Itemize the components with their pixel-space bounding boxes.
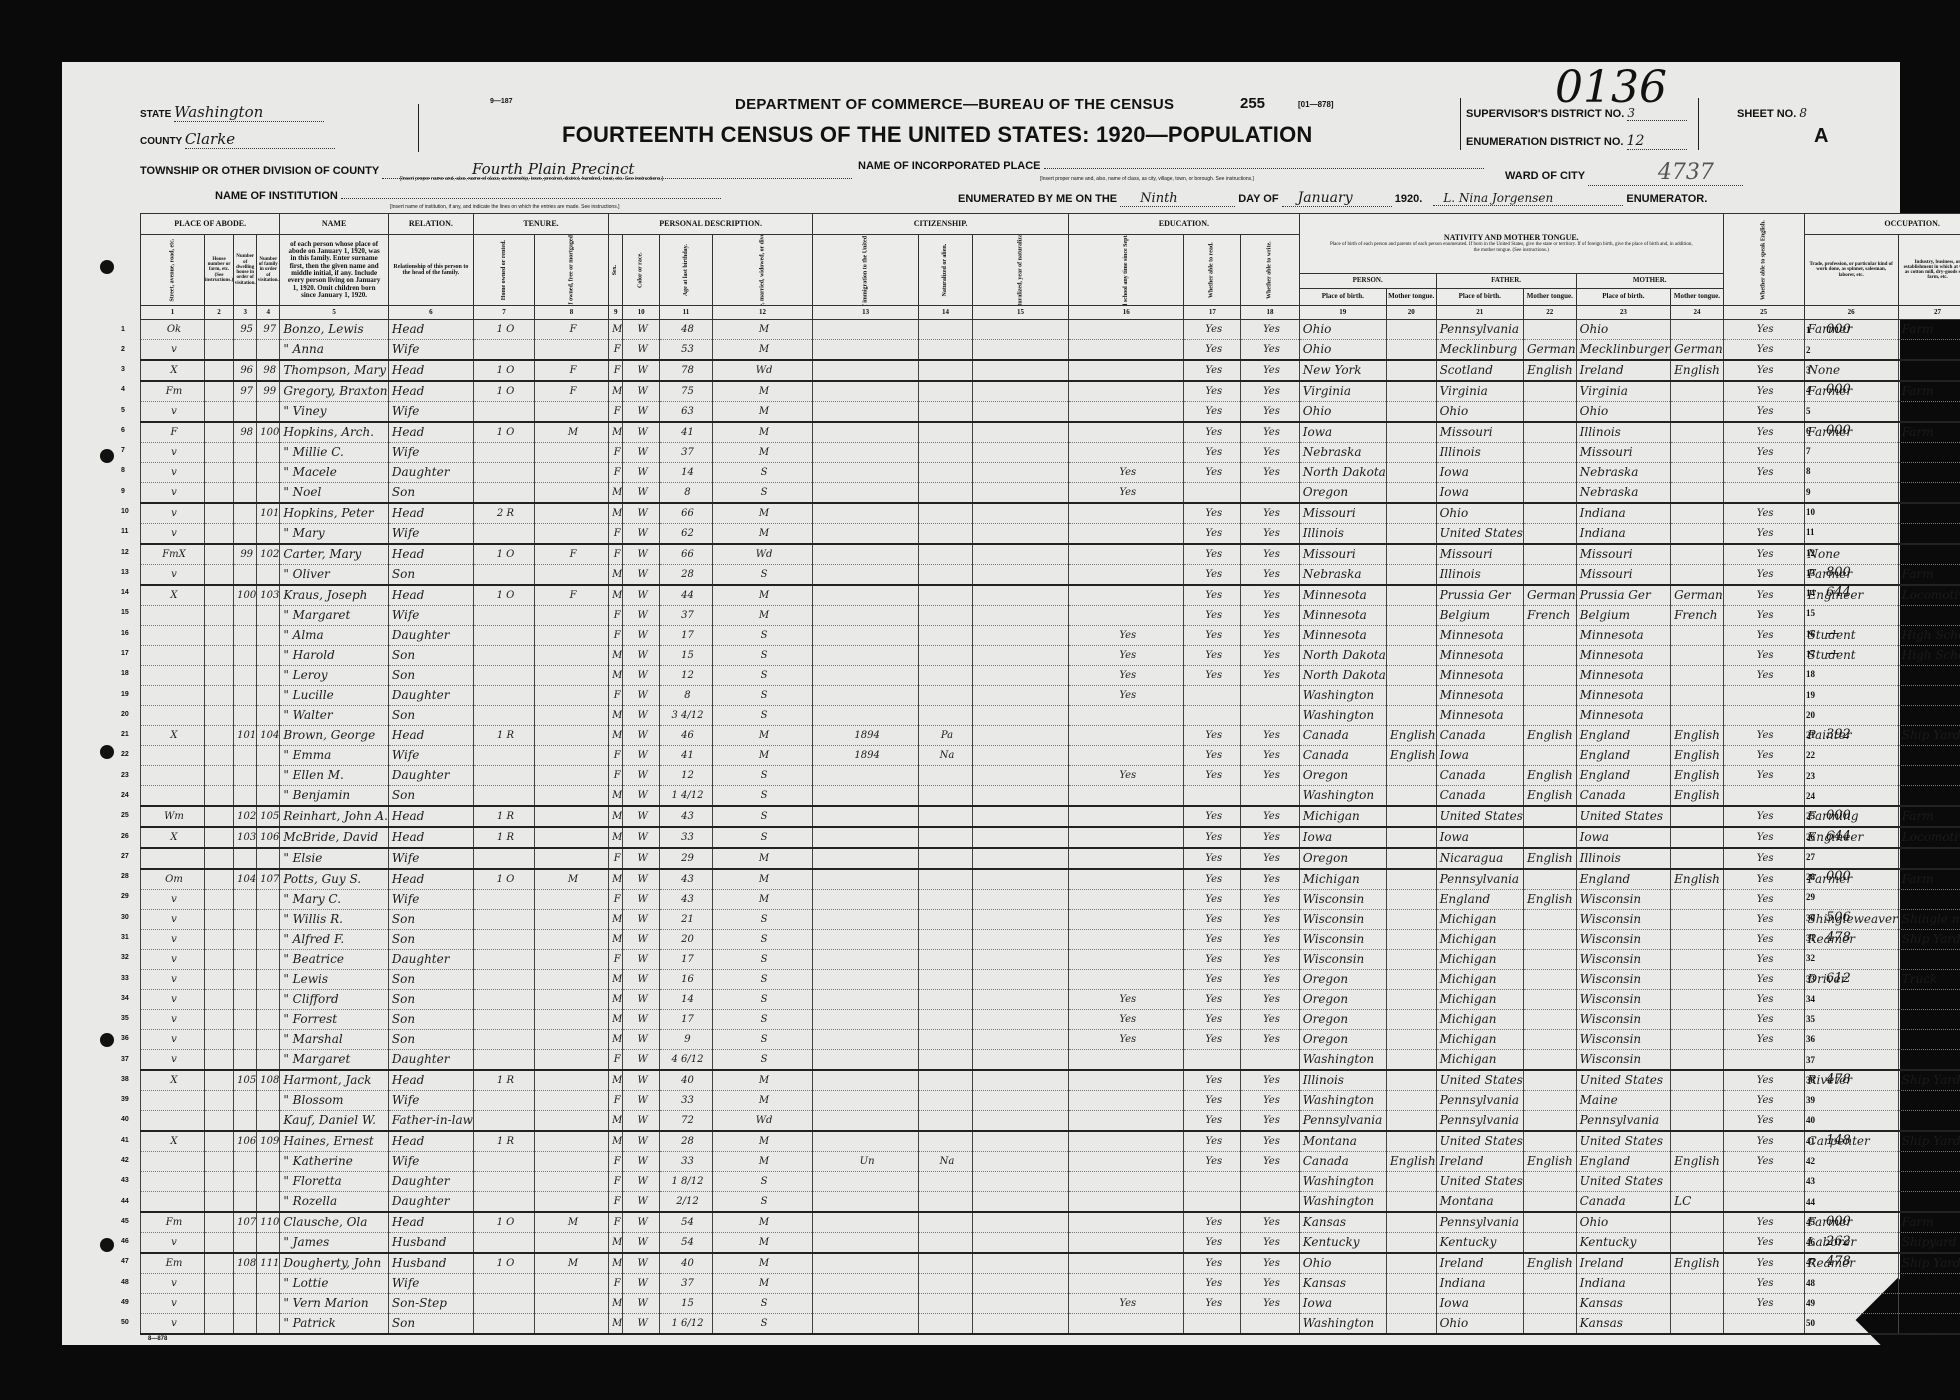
cell-natyr — [972, 1172, 1068, 1192]
table-row: F98100Hopkins, Arch.Head1 OMMW41MYesYesI… — [141, 422, 1960, 443]
col-19-header: Place of birth. — [1299, 289, 1386, 306]
table-row: " LucilleDaughterFW8SYesWashingtonMinnes… — [141, 686, 1960, 706]
cell-natyr — [972, 1253, 1068, 1274]
cell-imm — [813, 1070, 919, 1091]
group-tenure: TENURE. — [473, 214, 608, 235]
cell-read: Yes — [1184, 930, 1241, 950]
cell-sch — [1069, 726, 1184, 746]
column-number: 20 — [1386, 306, 1436, 320]
margin-note — [1826, 543, 1886, 563]
cell-write: Yes — [1241, 422, 1300, 443]
cell-house — [234, 483, 257, 504]
margin-note: — — [1826, 644, 1886, 664]
supervisor-district: SUPERVISOR'S DISTRICT NO. 3 — [1466, 106, 1687, 121]
table-row: X105108Harmont, JackHead1 RMW40MYesYesIl… — [141, 1070, 1960, 1091]
table-row: v" BeatriceDaughterFW17SYesYesWisconsinM… — [141, 950, 1960, 970]
cell-industry: Truck — [1898, 970, 1960, 990]
cell-name: Potts, Guy S. — [280, 869, 389, 890]
cell-sex: M — [609, 1030, 623, 1050]
table-row: " EmmaWifeFW41M1894NaYesYesCanadaEnglish… — [141, 746, 1960, 766]
cell-read — [1184, 706, 1241, 726]
cell-name: Kraus, Joseph — [280, 585, 389, 606]
cell-race: W — [623, 1314, 660, 1335]
cell-sch — [1069, 1131, 1184, 1152]
cell-name: " Emma — [280, 746, 389, 766]
cell-street: v — [141, 950, 205, 970]
cell-ms: Wd — [712, 544, 812, 565]
cell-mpob: Nebraska — [1576, 463, 1670, 483]
column-number: 23 — [1576, 306, 1670, 320]
cell-age: 33 — [659, 1091, 712, 1111]
cell-mort — [535, 402, 609, 423]
column-number: 1 — [141, 306, 205, 320]
cell-mort — [535, 646, 609, 666]
cell-eng: Yes — [1723, 970, 1804, 990]
cell-mort: F — [535, 360, 609, 381]
cell-read — [1184, 786, 1241, 807]
cell-name: " Lucille — [280, 686, 389, 706]
cell-age: 8 — [659, 483, 712, 504]
cell-fpob: Michigan — [1436, 1030, 1523, 1050]
cell-eng: Yes — [1723, 827, 1804, 848]
cell-mpob: Kansas — [1576, 1294, 1670, 1314]
cell-eng: Yes — [1723, 666, 1804, 686]
cell-rel: Son — [388, 786, 473, 807]
cell-eng: Yes — [1723, 1030, 1804, 1050]
ward-field: WARD OF CITY 4737 — [1505, 160, 1743, 186]
line-number: 12 — [121, 543, 135, 563]
cell-age: 40 — [659, 1253, 712, 1274]
cell-fpob: Iowa — [1436, 746, 1523, 766]
cell-mt — [1386, 806, 1436, 827]
cell-street — [141, 746, 205, 766]
cell-sch: Yes — [1069, 990, 1184, 1010]
cell-mpob: Indiana — [1576, 1274, 1670, 1294]
cell-street: Wm — [141, 806, 205, 827]
cell-mort — [535, 910, 609, 930]
cell-eng: Yes — [1723, 726, 1804, 746]
cell-mmt: LC — [1671, 1192, 1724, 1213]
cell-race: W — [623, 443, 660, 463]
cell-house — [234, 786, 257, 807]
line-number: 35 — [121, 1009, 135, 1029]
cell-mmt: English — [1671, 869, 1724, 890]
cell-mpob: Minnesota — [1576, 666, 1670, 686]
punch-hole-icon — [100, 449, 114, 463]
cell-house — [234, 890, 257, 910]
line-number: 44 — [1806, 1192, 1822, 1212]
cell-name: " Beatrice — [280, 950, 389, 970]
cell-nat — [919, 970, 973, 990]
state-field: STATE Washington — [140, 103, 324, 122]
cell-ms: S — [712, 1314, 812, 1335]
cell-natyr — [972, 666, 1068, 686]
cell-house-number — [204, 1050, 233, 1071]
cell-fmt — [1523, 1111, 1576, 1132]
cell-imm: 1894 — [813, 726, 919, 746]
cell-natyr — [972, 806, 1068, 827]
cell-eng: Yes — [1723, 1010, 1804, 1030]
cell-imm — [813, 606, 919, 626]
cell-industry: Ship Yard — [1898, 1253, 1960, 1274]
cell-pob: North Dakota — [1299, 646, 1386, 666]
cell-street: v — [141, 1050, 205, 1071]
cell-street: v — [141, 890, 205, 910]
cell-house-number — [204, 848, 233, 869]
col-18-header: Whether able to write. — [1241, 235, 1300, 306]
col-8-header: If owned, free or mortgaged. — [535, 235, 609, 306]
cell-sex: M — [609, 827, 623, 848]
cell-sch — [1069, 910, 1184, 930]
cell-ms: M — [712, 422, 812, 443]
cell-eng: Yes — [1723, 544, 1804, 565]
margin-note — [1826, 1313, 1886, 1333]
cell-pob: Ohio — [1299, 340, 1386, 361]
cell-race: W — [623, 890, 660, 910]
cell-street — [141, 848, 205, 869]
margin-note — [1826, 1009, 1886, 1029]
margin-note — [1826, 664, 1886, 684]
cell-mort — [535, 990, 609, 1010]
cell-house — [234, 463, 257, 483]
line-number: 16 — [1806, 624, 1822, 644]
cell-rel: Daughter — [388, 766, 473, 786]
punch-hole-icon — [100, 260, 114, 274]
cell-own — [473, 1050, 534, 1071]
cell-imm — [813, 1314, 919, 1335]
cell-mmt — [1671, 483, 1724, 504]
cell-age: 66 — [659, 503, 712, 524]
cell-natyr — [972, 1070, 1068, 1091]
column-number: 27 — [1898, 306, 1960, 320]
cell-race: W — [623, 1152, 660, 1172]
table-row: v" MaryWifeFW62MYesYesIllinoisUnited Sta… — [141, 524, 1960, 545]
cell-sex: M — [609, 503, 623, 524]
column-number: 25 — [1723, 306, 1804, 320]
cell-read: Yes — [1184, 1010, 1241, 1030]
cell-family — [257, 910, 280, 930]
cell-pob: Michigan — [1299, 806, 1386, 827]
cell-mt — [1386, 1050, 1436, 1071]
cell-read: Yes — [1184, 990, 1241, 1010]
cell-house — [234, 970, 257, 990]
cell-imm — [813, 686, 919, 706]
cell-sch — [1069, 524, 1184, 545]
cell-fpob: Canada — [1436, 786, 1523, 807]
cell-read: Yes — [1184, 360, 1241, 381]
cell-mort — [535, 726, 609, 746]
cell-mmt — [1671, 1172, 1724, 1192]
column-number: 2 — [204, 306, 233, 320]
cell-mmt — [1671, 950, 1724, 970]
cell-family — [257, 626, 280, 646]
cell-race: W — [623, 1091, 660, 1111]
cell-natyr — [972, 1192, 1068, 1213]
cell-rel: Daughter — [388, 626, 473, 646]
cell-sch: Yes — [1069, 1294, 1184, 1314]
cell-industry: Locomotive — [1898, 827, 1960, 848]
cell-industry — [1898, 1152, 1960, 1172]
cell-house — [234, 950, 257, 970]
cell-rel: Son — [388, 910, 473, 930]
cell-imm — [813, 1192, 919, 1213]
cell-imm — [813, 381, 919, 402]
cell-read: Yes — [1184, 402, 1241, 423]
cell-family: 99 — [257, 381, 280, 402]
cell-mpob: Wisconsin — [1576, 1010, 1670, 1030]
cell-name: " Margaret — [280, 606, 389, 626]
cell-fpob: Minnesota — [1436, 666, 1523, 686]
cell-mmt — [1671, 544, 1724, 565]
cell-nat — [919, 565, 973, 586]
cell-industry — [1898, 786, 1960, 807]
cell-street: v — [141, 443, 205, 463]
cell-fmt: English — [1523, 726, 1576, 746]
cell-mt — [1386, 666, 1436, 686]
cell-family — [257, 1111, 280, 1132]
line-number: 48 — [121, 1273, 135, 1293]
cell-mpob: Ohio — [1576, 1212, 1670, 1233]
cell-imm — [813, 483, 919, 504]
cell-age: 78 — [659, 360, 712, 381]
table-row: X101104Brown, GeorgeHead1 RMW46M1894PaYe… — [141, 726, 1960, 746]
cell-fmt — [1523, 990, 1576, 1010]
cell-own — [473, 524, 534, 545]
cell-fmt — [1523, 910, 1576, 930]
cell-ms: S — [712, 706, 812, 726]
cell-read: Yes — [1184, 746, 1241, 766]
cell-natyr — [972, 646, 1068, 666]
cell-imm — [813, 1253, 919, 1274]
table-row: Kauf, Daniel W.Father-in-lawMW72WdYesYes… — [141, 1111, 1960, 1132]
cell-own: 1 O — [473, 1253, 534, 1274]
margin-note — [1826, 1110, 1886, 1130]
cell-age: 37 — [659, 606, 712, 626]
cell-pob: Oregon — [1299, 483, 1386, 504]
cell-mt — [1386, 910, 1436, 930]
cell-fpob: Pennsylvania — [1436, 320, 1523, 340]
cell-nat — [919, 503, 973, 524]
cell-house — [234, 706, 257, 726]
col-1-header: Street, avenue, road, etc. — [141, 235, 205, 306]
cell-pob: Oregon — [1299, 990, 1386, 1010]
margin-note: — — [1826, 624, 1886, 644]
cell-mt — [1386, 381, 1436, 402]
cell-pob: Illinois — [1299, 1070, 1386, 1091]
cell-write — [1241, 1050, 1300, 1071]
cell-house — [234, 990, 257, 1010]
cell-nat — [919, 930, 973, 950]
cell-race: W — [623, 766, 660, 786]
nativity-heading: NATIVITY AND MOTHER TONGUE. — [1300, 234, 1723, 242]
cell-read: Yes — [1184, 766, 1241, 786]
line-number: 39 — [121, 1090, 135, 1110]
cell-imm — [813, 910, 919, 930]
cell-mt — [1386, 950, 1436, 970]
cell-mpob: Minnesota — [1576, 626, 1670, 646]
cell-house — [234, 686, 257, 706]
cell-mt — [1386, 1010, 1436, 1030]
cell-mort — [535, 606, 609, 626]
margin-note — [1826, 887, 1886, 907]
cell-rel: Wife — [388, 402, 473, 423]
cell-mort — [535, 950, 609, 970]
cell-sex: M — [609, 910, 623, 930]
cell-eng: Yes — [1723, 360, 1804, 381]
cell-own — [473, 1152, 534, 1172]
cell-mpob: Pennsylvania — [1576, 1111, 1670, 1132]
cell-sch — [1069, 1152, 1184, 1172]
cell-industry — [1898, 848, 1960, 869]
cell-sch: Yes — [1069, 646, 1184, 666]
cell-race: W — [623, 646, 660, 666]
cell-read: Yes — [1184, 1233, 1241, 1254]
cell-sex: M — [609, 1314, 623, 1335]
cell-mpob: Minnesota — [1576, 646, 1670, 666]
table-row: X9698Thompson, MaryHead1 OFFW78WdYesYesN… — [141, 360, 1960, 381]
column-number-row: 1234567891011121314151617181920212223242… — [141, 306, 1960, 320]
cell-mt — [1386, 1253, 1436, 1274]
cell-pob: Washington — [1299, 1091, 1386, 1111]
cell-fpob: United States — [1436, 524, 1523, 545]
cell-own: 1 R — [473, 827, 534, 848]
cell-write: Yes — [1241, 930, 1300, 950]
cell-pob: Canada — [1299, 1152, 1386, 1172]
cell-natyr — [972, 970, 1068, 990]
cell-family: 98 — [257, 360, 280, 381]
cell-age: 66 — [659, 544, 712, 565]
cell-house-number — [204, 1192, 233, 1213]
cell-fmt — [1523, 1294, 1576, 1314]
township-label: TOWNSHIP OR OTHER DIVISION OF COUNTY — [140, 165, 379, 177]
cell-fpob: Pennsylvania — [1436, 869, 1523, 890]
cell-read — [1184, 483, 1241, 504]
cell-mmt: German — [1671, 585, 1724, 606]
cell-mmt — [1671, 706, 1724, 726]
cell-family: 101 — [257, 503, 280, 524]
cell-rel: Wife — [388, 848, 473, 869]
cell-eng — [1723, 786, 1804, 807]
cell-industry: High School — [1898, 626, 1960, 646]
cell-fpob: Iowa — [1436, 1294, 1523, 1314]
cell-mpob: England — [1576, 766, 1670, 786]
cell-imm — [813, 544, 919, 565]
cell-fpob: Michigan — [1436, 1010, 1523, 1030]
cell-street: v — [141, 340, 205, 361]
cell-industry — [1898, 1172, 1960, 1192]
cell-street: Fm — [141, 381, 205, 402]
cell-industry — [1898, 1030, 1960, 1050]
line-number: 19 — [121, 685, 135, 705]
cell-house — [234, 626, 257, 646]
cell-sex: M — [609, 320, 623, 340]
cell-ms: S — [712, 1172, 812, 1192]
sheet-number: SHEET NO. 8 — [1737, 106, 1807, 120]
cell-imm — [813, 646, 919, 666]
supervisor-label: SUPERVISOR'S DISTRICT NO. — [1466, 108, 1624, 120]
cell-read: Yes — [1184, 565, 1241, 586]
cell-pob: Washington — [1299, 1192, 1386, 1213]
cell-eng: Yes — [1723, 890, 1804, 910]
cell-natyr — [972, 1152, 1068, 1172]
cell-write: Yes — [1241, 890, 1300, 910]
cell-eng: Yes — [1723, 1233, 1804, 1254]
cell-age: 75 — [659, 381, 712, 402]
cell-write: Yes — [1241, 990, 1300, 1010]
line-number: 45 — [121, 1212, 135, 1232]
cell-house-number — [204, 786, 233, 807]
cell-write: Yes — [1241, 869, 1300, 890]
line-number: 1 — [1806, 320, 1822, 340]
form-code: 9—187 — [490, 98, 513, 105]
cell-family — [257, 1233, 280, 1254]
cell-mpob: Wisconsin — [1576, 1050, 1670, 1071]
margin-note — [1826, 1151, 1886, 1171]
cell-nat — [919, 706, 973, 726]
cell-house — [234, 930, 257, 950]
col-6-header: Relationship of this person to the head … — [388, 235, 473, 306]
cell-industry: Ship Yard — [1898, 1131, 1960, 1152]
cell-age: 15 — [659, 646, 712, 666]
cell-name: " Benjamin — [280, 786, 389, 807]
cell-race: W — [623, 606, 660, 626]
cell-ms: M — [712, 381, 812, 402]
cell-write: Yes — [1241, 1152, 1300, 1172]
cell-mpob: Illinois — [1576, 848, 1670, 869]
cell-house — [234, 503, 257, 524]
cell-house: 105 — [234, 1070, 257, 1091]
cell-age: 15 — [659, 1294, 712, 1314]
cell-mort — [535, 970, 609, 990]
cell-house-number — [204, 360, 233, 381]
cell-fmt — [1523, 565, 1576, 586]
cell-house: 100 — [234, 585, 257, 606]
line-number: 39 — [1806, 1090, 1822, 1110]
col-23-header: Place of birth. — [1576, 289, 1670, 306]
cell-family: 106 — [257, 827, 280, 848]
cell-house — [234, 1111, 257, 1132]
institution-field: NAME OF INSTITUTION — [215, 190, 721, 202]
cell-family — [257, 340, 280, 361]
cell-industry — [1898, 524, 1960, 545]
cell-age: 1 6/12 — [659, 1314, 712, 1335]
line-number: 21 — [121, 725, 135, 745]
cell-imm — [813, 1111, 919, 1132]
cell-house: 104 — [234, 869, 257, 890]
cell-nat: Na — [919, 746, 973, 766]
cell-nat — [919, 827, 973, 848]
cell-mmt — [1671, 890, 1724, 910]
cell-imm — [813, 1010, 919, 1030]
cell-imm — [813, 666, 919, 686]
margin-note — [1826, 948, 1886, 968]
cell-sch — [1069, 360, 1184, 381]
cell-sex: F — [609, 950, 623, 970]
ward-note: 4737 — [1588, 160, 1743, 186]
cell-natyr — [972, 1111, 1068, 1132]
cell-family — [257, 565, 280, 586]
cell-imm: 1894 — [813, 746, 919, 766]
cell-rel: Head — [388, 503, 473, 524]
cell-name: " Anna — [280, 340, 389, 361]
cell-own — [473, 970, 534, 990]
line-number: 28 — [1806, 867, 1822, 887]
cell-mpob: England — [1576, 726, 1670, 746]
cell-name: " Vern Marion — [280, 1294, 389, 1314]
state-value: Washington — [174, 103, 324, 122]
cell-mpob: Kansas — [1576, 1314, 1670, 1335]
cell-age: 12 — [659, 766, 712, 786]
